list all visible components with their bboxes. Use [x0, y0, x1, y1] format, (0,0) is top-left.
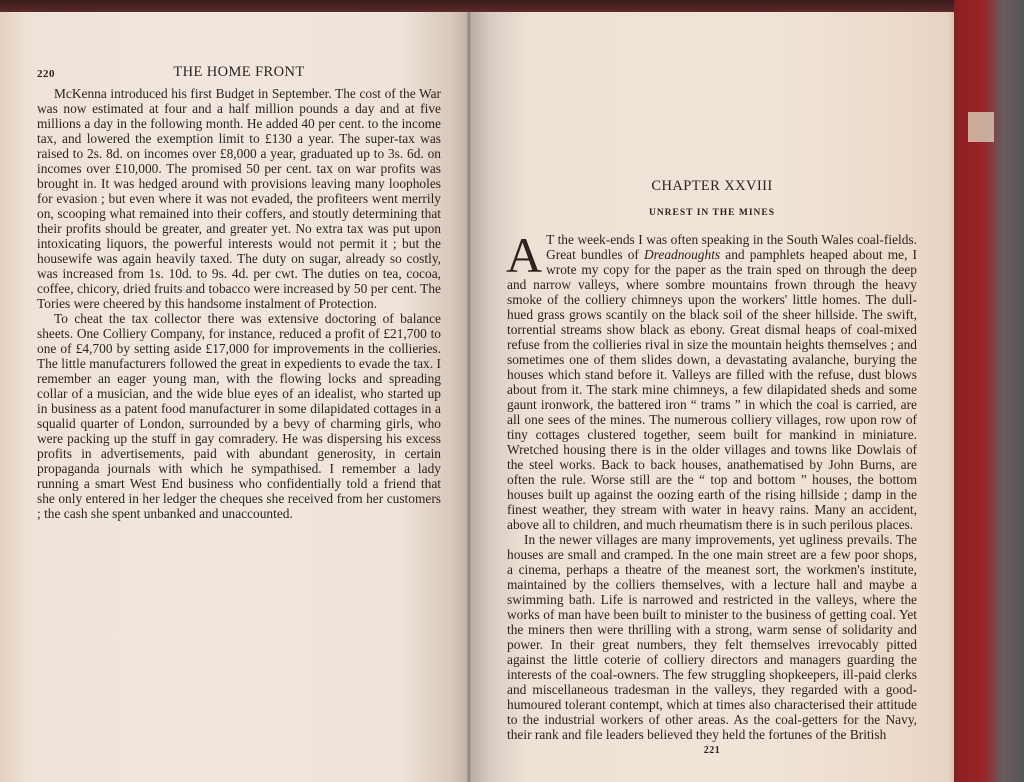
right-page-body: AT the week-ends I was often speaking in…: [507, 232, 917, 742]
running-head: 220 THE HOME FRONT: [37, 64, 441, 82]
book-cover-edge: [954, 0, 1024, 782]
paragraph-opening: AT the week-ends I was often speaking in…: [507, 232, 917, 532]
chapter-subtitle: UNREST IN THE MINES: [507, 208, 917, 218]
bookmark-band: [968, 112, 994, 142]
book-top-edge: [0, 0, 1024, 12]
book-gutter: [466, 12, 472, 782]
left-page-body: McKenna introduced his first Budget in S…: [37, 86, 441, 521]
running-title: THE HOME FRONT: [37, 64, 441, 81]
page-number-right: 221: [507, 745, 917, 756]
paragraph: To cheat the tax collector there was ext…: [37, 311, 441, 521]
italic-title: Dreadnoughts: [644, 247, 720, 262]
text-run: and pamphlets heaped about me, I wrote m…: [507, 247, 917, 532]
chapter-heading: CHAPTER XXVIII: [507, 178, 917, 195]
paragraph: In the newer villages are many improveme…: [507, 532, 917, 742]
paragraph: McKenna introduced his first Budget in S…: [37, 86, 441, 311]
drop-cap: A: [506, 235, 542, 275]
